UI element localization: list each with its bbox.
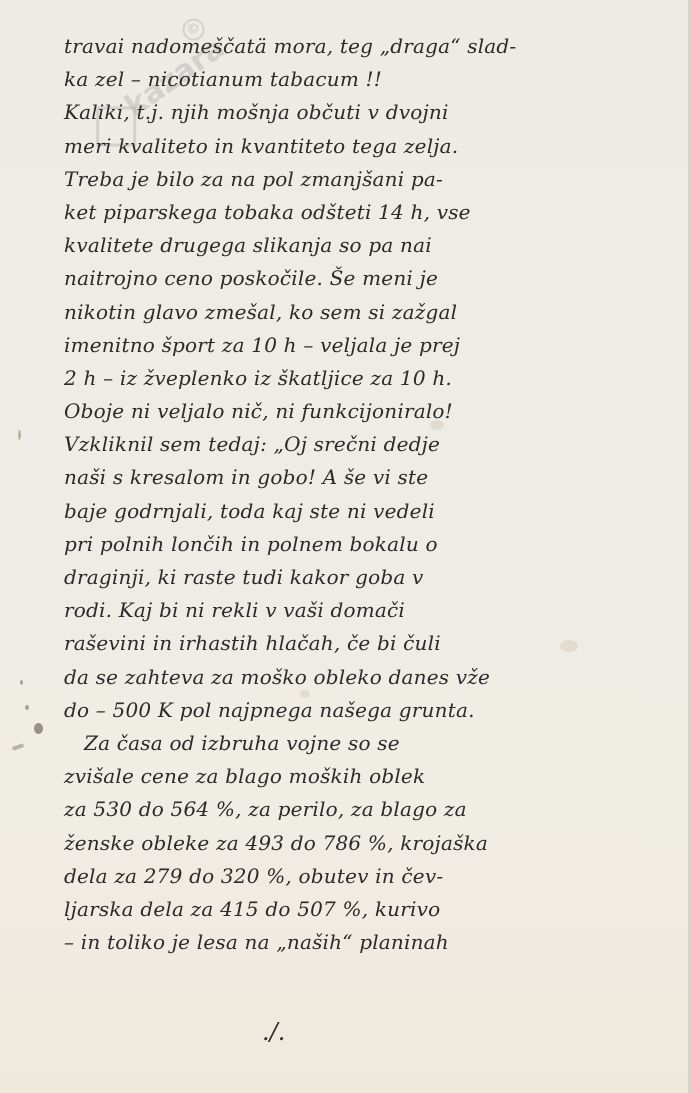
text-line: imenitno šport za 10 h – veljala je prej <box>64 329 674 362</box>
text-line: za 530 do 564 %, za perilo, za blago za <box>64 793 674 826</box>
page-edge <box>688 0 692 1093</box>
ink-spot <box>25 705 29 710</box>
text-line: ket piparskega tobaka odšteti 14 h, vse <box>64 196 674 229</box>
text-line: nikotin glavo zmešal, ko sem si zažgal <box>64 296 674 329</box>
text-line: Oboje ni veljalo nič, ni funkcijoniralo! <box>64 395 674 428</box>
text-line: Vzkliknil sem tedaj: „Oj srečni dedje <box>64 428 674 461</box>
ink-spot <box>20 680 23 685</box>
text-line: ljarska dela za 415 do 507 %, kurivo <box>64 893 674 926</box>
paragraph-start-line: Za časa od izbruha vojne so se <box>64 727 674 760</box>
manuscript-page: kazara © travai nadomeščatä mora, teg „d… <box>0 0 689 1093</box>
page-continuation-mark: ./. <box>262 1018 285 1046</box>
text-line: naši s kresalom in gobo! A še vi ste <box>64 461 674 494</box>
text-line: zvišale cene za blago moških oblek <box>64 760 674 793</box>
text-line: rodi. Kaj bi ni rekli v vaši domači <box>64 594 674 627</box>
text-line: kvalitete drugega slikanja so pa nai <box>64 229 674 262</box>
text-line: raševini in irhastih hlačah, če bi čuli <box>64 627 674 660</box>
text-line: Kaliki, t.j. njih mošnja občuti v dvojni <box>64 96 674 129</box>
text-line: ka zel – nicotianum tabacum !! <box>64 63 674 96</box>
text-line: Treba je bilo za na pol zmanjšani pa- <box>64 163 674 196</box>
ink-spot <box>18 430 21 440</box>
text-line: da se zahteva za moško obleko danes vže <box>64 661 674 694</box>
text-line: do – 500 K pol najpnega našega grunta. <box>64 694 674 727</box>
text-line: baje godrnjali, toda kaj ste ni vedeli <box>64 495 674 528</box>
text-line: 2 h – iz žveplenko iz škatljice za 10 h. <box>64 362 674 395</box>
text-line: dela za 279 do 320 %, obutev in čev- <box>64 860 674 893</box>
text-line: naitrojno ceno poskočile. Še meni je <box>64 262 674 295</box>
text-line: pri polnih lončih in polnem bokalu o <box>64 528 674 561</box>
text-line: meri kvaliteto in kvantiteto tega zelja. <box>64 130 674 163</box>
manuscript-text: travai nadomeščatä mora, teg „draga“ sla… <box>64 30 674 959</box>
text-line: travai nadomeščatä mora, teg „draga“ sla… <box>64 30 674 63</box>
text-line: draginji, ki raste tudi kakor goba v <box>64 561 674 594</box>
ink-smudge <box>12 743 25 751</box>
text-line: ženske obleke za 493 do 786 %, krojaška <box>64 827 674 860</box>
text-line: – in toliko je lesa na „naših“ planinah <box>64 926 674 959</box>
ink-blot <box>34 723 43 734</box>
